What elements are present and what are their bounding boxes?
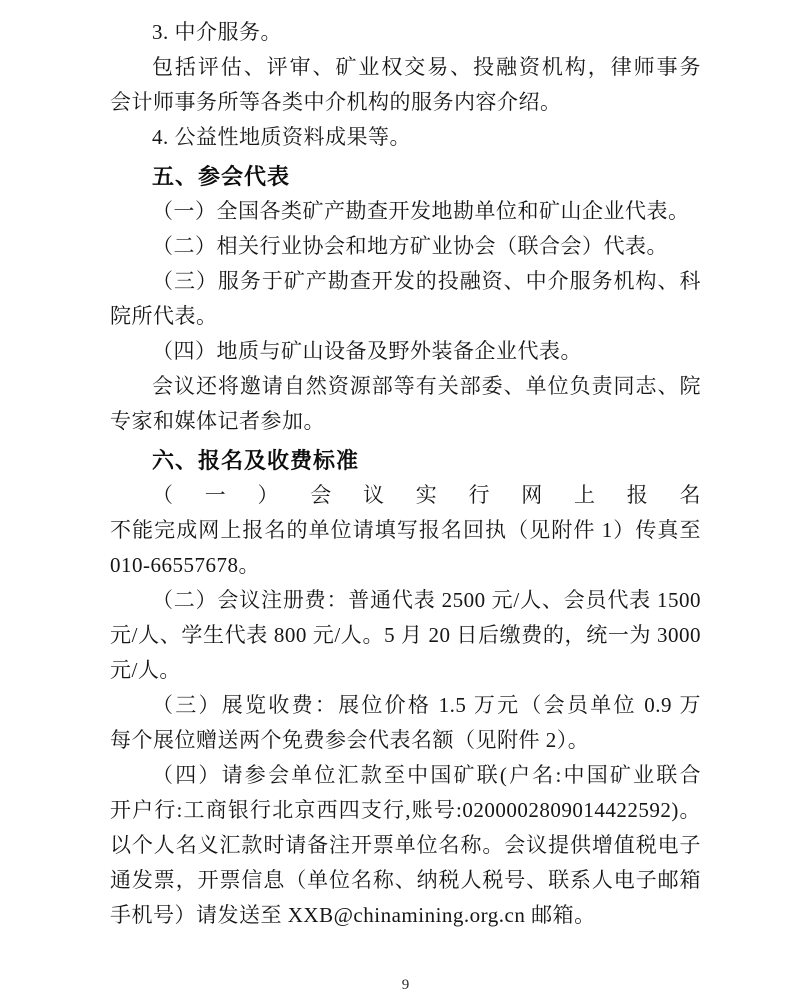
text-line: 每个展位赠送两个免费参会代表名额（见附件 2）。: [110, 723, 701, 758]
text-line: 元/人、学生代表 800 元/人。5 月 20 日后缴费的，统一为 3000: [110, 618, 701, 653]
document-body: 3. 中介服务。 包括评估、评审、矿业权交易、投融资机构，律师事务所、 会计师事…: [110, 15, 701, 933]
text-line: 010-66557678。: [110, 548, 701, 583]
text-line: 4. 公益性地质资料成果等。: [110, 120, 701, 155]
text-line: 以个人名义汇款时请备注开票单位名称。会议提供增值税电子普: [110, 828, 701, 863]
text-line: （一）会议实行网上报名(http://www.chinamining.org.c…: [110, 478, 701, 513]
heading-section-five: 五、参会代表: [110, 159, 701, 194]
text-line: 元/人。: [110, 653, 701, 688]
text-line: （四）地质与矿山设备及野外装备企业代表。: [110, 334, 701, 369]
text-line: 专家和媒体记者参加。: [110, 404, 701, 439]
text-line: （四）请参会单位汇款至中国矿联(户名:中国矿业联合会，: [110, 758, 701, 793]
text-line: （二）会议注册费：普通代表 2500 元/人、会员代表 1500: [110, 583, 701, 618]
text-line: 3. 中介服务。: [110, 15, 701, 50]
text-line: 会计师事务所等各类中介机构的服务内容介绍。: [110, 85, 701, 120]
text-line: 通发票，开票信息（单位名称、纳税人税号、联系人电子邮箱和: [110, 863, 701, 898]
text-line: （三）展览收费：展位价格 1.5 万元（会员单位 0.9 万元）。: [110, 688, 701, 723]
text-line: （一）全国各类矿产勘查开发地勘单位和矿山企业代表。: [110, 194, 701, 229]
text-line: 会议还将邀请自然资源部等有关部委、单位负责同志、院士、: [110, 369, 701, 404]
page-number: 9: [0, 977, 811, 994]
text-line: 不能完成网上报名的单位请填写报名回执（见附件 1）传真至: [110, 513, 701, 548]
text-line: 院所代表。: [110, 299, 701, 334]
text-line: 包括评估、评审、矿业权交易、投融资机构，律师事务所、: [110, 50, 701, 85]
document-page: 3. 中介服务。 包括评估、评审、矿业权交易、投融资机构，律师事务所、 会计师事…: [0, 0, 811, 1006]
text-line: （二）相关行业协会和地方矿业协会（联合会）代表。: [110, 229, 701, 264]
text-line: 开户行:工商银行北京西四支行,账号:0200002809014422592)。: [110, 793, 701, 828]
text-line: （三）服务于矿产勘查开发的投融资、中介服务机构、科研: [110, 264, 701, 299]
text-line: 手机号）请发送至 XXB@chinamining.org.cn 邮箱。: [110, 898, 701, 933]
heading-section-six: 六、报名及收费标准: [110, 443, 701, 478]
